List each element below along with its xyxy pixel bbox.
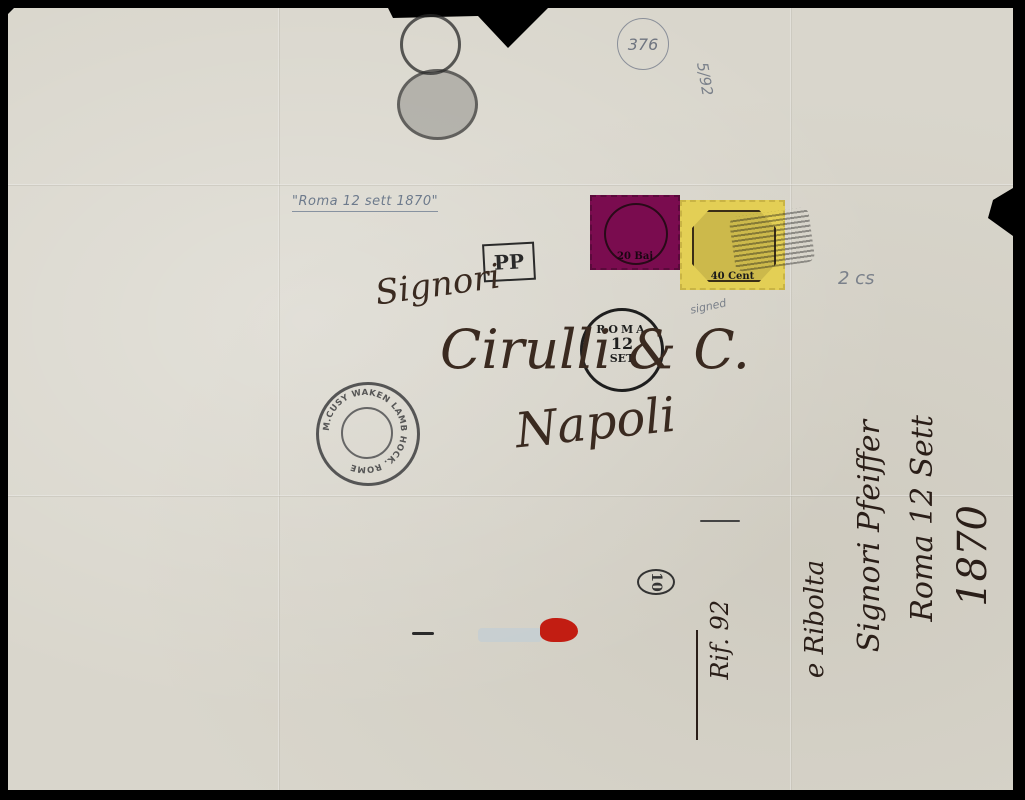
docket-place-date: Roma 12 Sett (905, 415, 940, 622)
fold-line (8, 184, 1013, 186)
fold-line (790, 8, 792, 790)
stamp-value: 40 Cent (682, 271, 783, 282)
photo-stage: 376 5/92 2 cs signed "Roma 12 sett 1870"… (0, 0, 1025, 800)
docket-sender-2: e Ribolta (800, 560, 830, 678)
forwarder-text-ring: M.CUSY WAKEN LAMB HOCK. ROME (316, 382, 414, 480)
ink-mark (700, 520, 740, 522)
stamp-40-cent: 40 Cent (680, 200, 785, 290)
address-addressee: Cirulli & C. (440, 318, 750, 381)
docket-year: 1870 (950, 505, 996, 607)
transit-backstamp (392, 14, 477, 134)
backstamp-circle (400, 14, 461, 75)
letter-paper (8, 8, 1013, 790)
stamp-20-baj: 20 Baj (590, 195, 680, 270)
red-wax-seal (540, 618, 578, 642)
rate-marking: 10 (637, 569, 675, 595)
forwarder-handstamp: M.CUSY WAKEN LAMB HOCK. ROME (316, 382, 420, 486)
svg-text:M.CUSY WAKEN LAMB HOCK. ROME: M.CUSY WAKEN LAMB HOCK. ROME (322, 388, 408, 474)
docket-sender: Signori Pfeiffer (852, 420, 887, 652)
pencil-initials: 2 cs (838, 268, 874, 289)
docket-side-note: Rif. 92 (706, 600, 734, 680)
fold-line (278, 8, 280, 790)
stamp-value: 20 Baj (592, 251, 678, 262)
seal-residue (478, 628, 542, 642)
ink-mark (412, 632, 434, 635)
pencil-date-note: "Roma 12 sett 1870" (292, 194, 438, 212)
reference-number: 376 (617, 18, 669, 70)
docket-rule (696, 630, 698, 740)
backstamp-circle (397, 69, 478, 140)
grid-cancellation (729, 207, 816, 273)
